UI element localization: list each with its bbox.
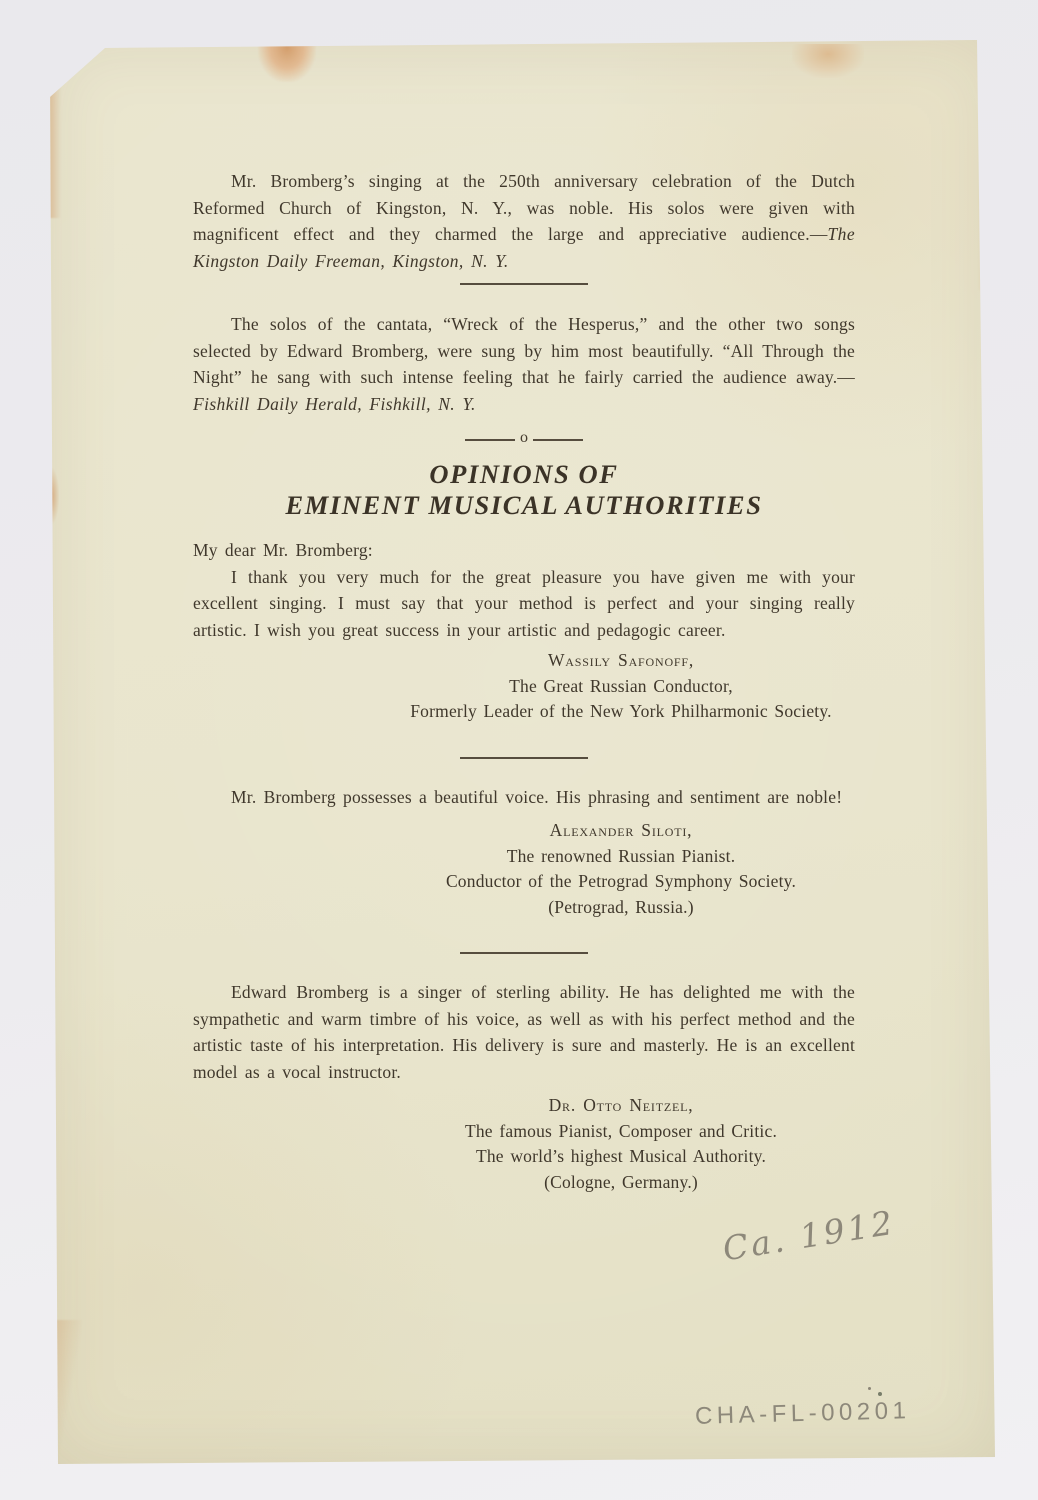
divider-o-glyph: o bbox=[520, 432, 528, 444]
testimonial-kingston: Mr. Bromberg’s singing at the 250th anni… bbox=[193, 168, 855, 274]
page-title-line1: OPINIONS OF bbox=[193, 459, 855, 490]
letter-body: I thank you very much for the great plea… bbox=[193, 564, 855, 644]
divider-rule bbox=[460, 757, 588, 759]
opinion-neitzel-body: Edward Bromberg is a singer of sterling … bbox=[193, 979, 855, 1085]
right-edge-wear bbox=[978, 110, 995, 290]
printed-content: Mr. Bromberg’s singing at the 250th anni… bbox=[50, 40, 995, 1464]
page-title-line2: EMINENT MUSICAL AUTHORITIES bbox=[193, 490, 855, 521]
testimonial-fishkill: The solos of the cantata, “Wreck of the … bbox=[193, 311, 855, 417]
signature-safonoff-name: Wassily Safonoff, bbox=[290, 648, 952, 674]
signature-neitzel-location: (Cologne, Germany.) bbox=[290, 1170, 952, 1196]
signature-safonoff-title1: The Great Russian Conductor, bbox=[290, 674, 952, 700]
divider-dash bbox=[533, 439, 583, 441]
scan-background: Mr. Bromberg’s singing at the 250th anni… bbox=[0, 0, 1038, 1500]
signature-neitzel-title1: The famous Pianist, Composer and Critic. bbox=[290, 1119, 952, 1145]
divider-rule bbox=[460, 952, 588, 954]
signature-siloti: Alexander Siloti, The renowned Russian P… bbox=[290, 818, 952, 920]
signature-safonoff-title2: Formerly Leader of the New York Philharm… bbox=[290, 699, 952, 725]
letter-salutation: My dear Mr. Bromberg: bbox=[193, 537, 855, 564]
testimonial-kingston-text: Mr. Bromberg’s singing at the 250th anni… bbox=[193, 171, 855, 244]
signature-siloti-title2: Conductor of the Petrograd Symphony Soci… bbox=[290, 869, 952, 895]
divider-o-rule: o bbox=[193, 434, 855, 446]
divider-dash bbox=[465, 439, 515, 441]
signature-siloti-title1: The renowned Russian Pianist. bbox=[290, 844, 952, 870]
signature-neitzel: Dr. Otto Neitzel, The famous Pianist, Co… bbox=[290, 1093, 952, 1195]
page-title: OPINIONS OF EMINENT MUSICAL AUTHORITIES bbox=[193, 459, 855, 521]
testimonial-fishkill-source: Fishkill Daily Herald, Fishkill, N. Y. bbox=[193, 394, 476, 414]
testimonial-fishkill-text: The solos of the cantata, “Wreck of the … bbox=[193, 314, 855, 387]
opinion-siloti-body: Mr. Bromberg possesses a beautiful voice… bbox=[193, 784, 855, 811]
document-page: Mr. Bromberg’s singing at the 250th anni… bbox=[50, 40, 995, 1464]
handwritten-catalog-number: CHA-FL-00201 bbox=[695, 1397, 911, 1431]
signature-neitzel-title2: The world’s highest Musical Authority. bbox=[290, 1144, 952, 1170]
signature-neitzel-name: Dr. Otto Neitzel, bbox=[290, 1093, 952, 1119]
signature-siloti-name: Alexander Siloti, bbox=[290, 818, 952, 844]
signature-siloti-location: (Petrograd, Russia.) bbox=[290, 895, 952, 921]
divider-rule bbox=[460, 283, 588, 285]
signature-safonoff: Wassily Safonoff, The Great Russian Cond… bbox=[290, 648, 952, 725]
